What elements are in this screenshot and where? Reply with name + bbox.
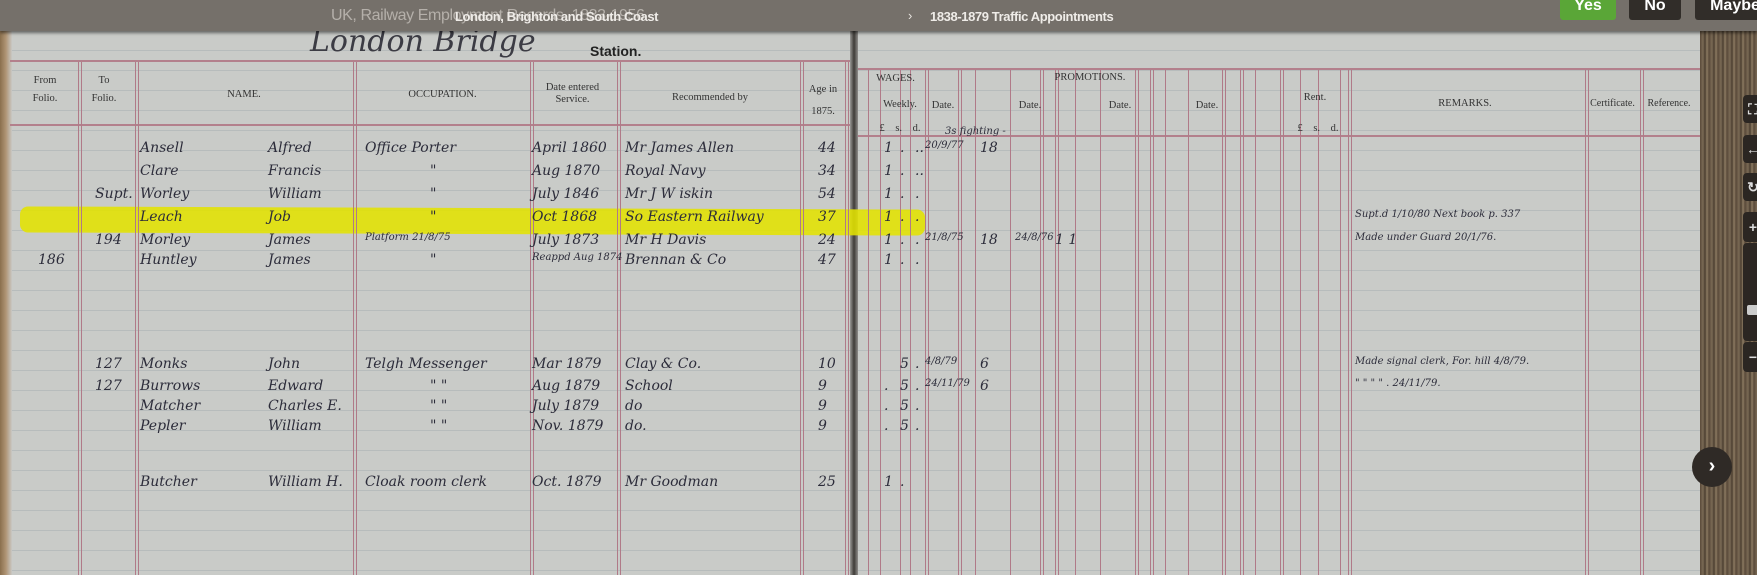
col-date-entered: Date enteredService.: [530, 82, 615, 106]
promotion-wage-cell: 6: [980, 356, 989, 372]
to-folio-cell: Supt.: [95, 186, 133, 202]
promotion-date-cell: 24/8/76: [1015, 232, 1054, 243]
no-button[interactable]: No: [1629, 0, 1681, 20]
surname-cell: Ansell: [140, 140, 184, 156]
wages-pounds-cell: 1: [884, 474, 893, 490]
ledger-rule: [1640, 70, 1641, 575]
wages-pounds-cell: 1: [884, 163, 893, 179]
col-weekly: Weekly.: [875, 96, 925, 114]
surname-cell: Butcher: [140, 474, 197, 490]
fullscreen-icon[interactable]: ⛶: [1743, 95, 1757, 123]
zoom-slider[interactable]: [1743, 243, 1757, 341]
hdr-text: Folio.: [78, 90, 130, 108]
ledger-rule: [1222, 70, 1223, 575]
to-folio-cell: 127: [95, 356, 122, 372]
promotion-date-cell: 24/11/79: [925, 378, 970, 389]
wages-pence-cell: .: [915, 186, 919, 202]
remarks-cell: Made signal clerk, For. hill 4/8/79.: [1355, 356, 1529, 367]
recommended-by-cell: Royal Navy: [625, 163, 706, 179]
forename-cell: Edward: [268, 378, 323, 394]
forename-cell: James: [268, 232, 311, 248]
surname-cell: Monks: [140, 356, 187, 372]
wages-pence-cell: .: [915, 252, 919, 268]
remarks-cell: Supt.d 1/10/80 Next book p. 337: [1355, 209, 1520, 220]
col-remarks: REMARKS.: [1350, 95, 1580, 113]
wages-pence-cell: .: [915, 209, 919, 225]
rule: [10, 124, 850, 126]
col-certificate: Certificate.: [1585, 95, 1640, 113]
wages-pence-cell: .: [915, 418, 919, 434]
wages-shillings-cell: .: [900, 474, 904, 490]
wages-pence-cell: .: [915, 232, 919, 248]
date-entered-cell: Reappd Aug 1874: [532, 252, 622, 263]
ledger-rule: [975, 70, 976, 575]
forename-cell: William: [268, 186, 322, 202]
age-cell: 10: [818, 356, 836, 372]
promotion-wage-cell: 1 1: [1055, 232, 1077, 248]
col-rent-lsd: £ s. d.: [1288, 120, 1348, 138]
ledger-rule: [530, 62, 531, 575]
from-folio-cell: 186: [38, 252, 65, 268]
forename-cell: Francis: [268, 163, 321, 179]
wages-shillings-cell: 5: [900, 418, 909, 434]
remarks-cell: " " " " . 24/11/79.: [1355, 378, 1441, 389]
ledger-rule: [1348, 70, 1349, 575]
record-header-bar: UK, Railway Employment Records, 1833-195…: [0, 0, 1757, 31]
ledger-rule: [845, 62, 846, 575]
date-entered-cell: Nov. 1879: [532, 418, 603, 434]
surname-cell: Pepler: [140, 418, 186, 434]
age-cell: 44: [818, 140, 836, 156]
hdr-text: £: [879, 123, 884, 134]
surname-cell: Burrows: [140, 378, 200, 394]
remarks-cell: Made under Guard 20/1/76.: [1355, 232, 1496, 243]
ledger-rule: [1585, 70, 1586, 575]
ledger-rule: [1300, 70, 1301, 575]
forename-cell: James: [268, 252, 311, 268]
col-rent: Rent.: [1290, 89, 1340, 107]
date-entered-cell: Aug 1879: [532, 378, 600, 394]
col-promo-date-1: Date.: [928, 97, 958, 115]
occupation-cell: ": [430, 252, 436, 268]
wages-pounds-cell: 1: [884, 252, 893, 268]
age-cell: 9: [818, 418, 827, 434]
rule: [858, 68, 1700, 70]
hdr-text: From: [20, 72, 70, 90]
surname-cell: Matcher: [140, 398, 200, 414]
ledger-rule: [1255, 70, 1256, 575]
col-promotions: PROMOTIONS.: [990, 69, 1190, 87]
hdr-text: £: [1297, 123, 1302, 134]
promotion-date-cell: 4/8/79: [925, 356, 957, 367]
ledger-rule: [353, 62, 354, 575]
col-wages: WAGES.: [868, 70, 923, 88]
back-icon[interactable]: ←: [1743, 135, 1757, 163]
wages-shillings-cell: 5: [900, 398, 909, 414]
ledger-rule: [1075, 70, 1076, 575]
promotion-note-cell: 3s fighting -: [945, 126, 1006, 137]
age-cell: 25: [818, 474, 836, 490]
date-entered-cell: July 1873: [532, 232, 599, 248]
occupation-cell: Cloak room clerk: [365, 474, 487, 490]
hdr-text: d.: [1331, 123, 1339, 134]
hdr-text: 1875.: [803, 101, 843, 123]
col-to-folio: ToFolio.: [78, 72, 130, 108]
col-age: Age in1875.: [803, 79, 843, 123]
forename-cell: Job: [268, 209, 291, 225]
to-folio-cell: 194: [95, 232, 122, 248]
date-entered-cell: July 1879: [532, 398, 599, 414]
wages-shillings-cell: .: [900, 140, 904, 156]
hdr-text: Folio.: [20, 90, 70, 108]
col-wages-lsd: £ s. d.: [870, 120, 930, 138]
hdr-text: s.: [1313, 123, 1320, 134]
wages-shillings-cell: .: [900, 252, 904, 268]
next-image-button[interactable]: ›: [1692, 447, 1732, 487]
recommended-by-cell: Mr J W iskin: [625, 186, 713, 202]
ledger-rule: [1135, 70, 1136, 575]
wages-pounds-cell: .: [884, 378, 888, 394]
occupation-cell: ": [430, 186, 436, 202]
wages-pounds-cell: 1: [884, 232, 893, 248]
zoom-slider-handle[interactable]: [1747, 305, 1757, 315]
book-left-edge: [0, 31, 12, 575]
ledger-rule: [910, 70, 911, 575]
wages-shillings-cell: .: [900, 163, 904, 179]
col-reference: Reference.: [1640, 95, 1698, 113]
to-folio-cell: 127: [95, 378, 122, 394]
col-promo-date-3: Date.: [1105, 97, 1135, 115]
forename-cell: William H.: [268, 474, 343, 490]
recommended-by-cell: do.: [625, 418, 647, 434]
occupation-cell: Office Porter: [365, 140, 456, 156]
hdr-text: Date entered: [530, 82, 615, 94]
promotion-wage-cell: 6: [980, 378, 989, 394]
wages-pounds-cell: 1: [884, 140, 893, 156]
ledger-rule: [1280, 70, 1281, 575]
wages-pence-cell: .: [915, 398, 919, 414]
ledger-rule: [880, 70, 881, 575]
hdr-text: d.: [913, 123, 921, 134]
col-promo-date-2: Date.: [1015, 97, 1045, 115]
hdr-text: To: [78, 72, 130, 90]
surname-cell: Leach: [140, 209, 183, 225]
breadcrumb-railway[interactable]: London, Brighton and South Coast: [455, 9, 658, 24]
promotion-wage-cell: 18: [980, 140, 998, 156]
occupation-cell: Telgh Messenger: [365, 356, 487, 372]
occupation-cell: ": [430, 209, 436, 225]
ledger-rule: [1318, 70, 1319, 575]
date-entered-cell: Aug 1870: [532, 163, 600, 179]
ledger-rule: [1100, 70, 1101, 575]
wages-pence-cell: .: [915, 356, 919, 372]
ledger-rule: [1240, 70, 1241, 575]
forename-cell: John: [268, 356, 300, 372]
ledger-rule: [868, 70, 869, 575]
ledger-rule: [1165, 70, 1166, 575]
surname-cell: Huntley: [140, 252, 197, 268]
ledger-rule: [78, 62, 79, 575]
forename-cell: Charles E.: [268, 398, 342, 414]
yes-button[interactable]: Yes: [1560, 0, 1616, 20]
surname-cell: Clare: [140, 163, 179, 179]
occupation-cell: " ": [430, 378, 447, 394]
ledger-rule: [1055, 70, 1056, 575]
wages-shillings-cell: .: [900, 232, 904, 248]
col-promo-date-4: Date.: [1192, 97, 1222, 115]
hdr-text: Service.: [530, 94, 615, 106]
col-from-folio: FromFolio.: [20, 72, 70, 108]
recommended-by-cell: So Eastern Railway: [625, 209, 764, 225]
col-occupation: OCCUPATION.: [355, 86, 530, 104]
surname-cell: Morley: [140, 232, 190, 248]
col-name: NAME.: [135, 86, 353, 104]
rotate-icon[interactable]: ↻: [1743, 173, 1757, 201]
occupation-cell: Platform 21/8/75: [365, 232, 451, 243]
wages-pence-cell: .: [915, 378, 919, 394]
ledger-rule: [1188, 70, 1189, 575]
occupation-cell: " ": [430, 418, 447, 434]
promotion-date-cell: 20/9/77: [925, 140, 964, 151]
col-recommended-by: Recommended by: [620, 89, 800, 107]
age-cell: 9: [818, 378, 827, 394]
forename-cell: William: [268, 418, 322, 434]
date-entered-cell: Oct 1868: [532, 209, 597, 225]
age-cell: 34: [818, 163, 836, 179]
recommended-by-cell: Mr James Allen: [625, 140, 734, 156]
hdr-text: s.: [895, 123, 902, 134]
rule: [10, 60, 850, 62]
station-label: Station.: [590, 43, 641, 59]
wages-pence-cell: ..: [915, 163, 924, 179]
wages-shillings-cell: 5: [900, 356, 909, 372]
promotion-date-cell: 21/8/75: [925, 232, 964, 243]
recommended-by-cell: School: [625, 378, 673, 394]
forename-cell: Alfred: [268, 140, 312, 156]
recommended-by-cell: do: [625, 398, 642, 414]
date-entered-cell: July 1846: [532, 186, 599, 202]
occupation-cell: ": [430, 163, 436, 179]
surname-cell: Worley: [140, 186, 189, 202]
breadcrumb-separator: ›: [908, 8, 912, 23]
book-gutter: [850, 31, 858, 575]
ledger-rule: [617, 62, 618, 575]
recommended-by-cell: Clay & Co.: [625, 356, 701, 372]
recommended-by-cell: Mr H Davis: [625, 232, 706, 248]
wages-pounds-cell: .: [884, 398, 888, 414]
promotion-wage-cell: 18: [980, 232, 998, 248]
maybe-button[interactable]: Maybe: [1695, 0, 1757, 20]
zoom-out-icon[interactable]: −: [1743, 342, 1757, 372]
wages-shillings-cell: .: [900, 186, 904, 202]
recommended-by-cell: Brennan & Co: [625, 252, 726, 268]
date-entered-cell: Mar 1879: [532, 356, 601, 372]
date-entered-cell: Oct. 1879: [532, 474, 601, 490]
wages-pounds-cell: 1: [884, 186, 893, 202]
breadcrumb-record-set[interactable]: 1838-1879 Traffic Appointments: [930, 9, 1113, 24]
ledger-rule: [1040, 70, 1041, 575]
age-cell: 37: [818, 209, 836, 225]
ledger-rule: [1010, 70, 1011, 575]
ledger-rule: [135, 62, 136, 575]
wages-pounds-cell: .: [884, 418, 888, 434]
wages-pence-cell: ..: [915, 140, 924, 156]
hdr-text: Age in: [803, 79, 843, 101]
ledger-rule: [800, 62, 801, 575]
wages-shillings-cell: 5: [900, 378, 909, 394]
wages-pounds-cell: 1: [884, 209, 893, 225]
age-cell: 47: [818, 252, 836, 268]
ledger-rule: [1150, 70, 1151, 575]
wages-shillings-cell: .: [900, 209, 904, 225]
recommended-by-cell: Mr Goodman: [625, 474, 718, 490]
age-cell: 9: [818, 398, 827, 414]
zoom-in-icon[interactable]: +: [1743, 212, 1757, 242]
occupation-cell: " ": [430, 398, 447, 414]
ledger-rule: [1340, 70, 1341, 575]
age-cell: 24: [818, 232, 836, 248]
age-cell: 54: [818, 186, 836, 202]
date-entered-cell: April 1860: [532, 140, 607, 156]
